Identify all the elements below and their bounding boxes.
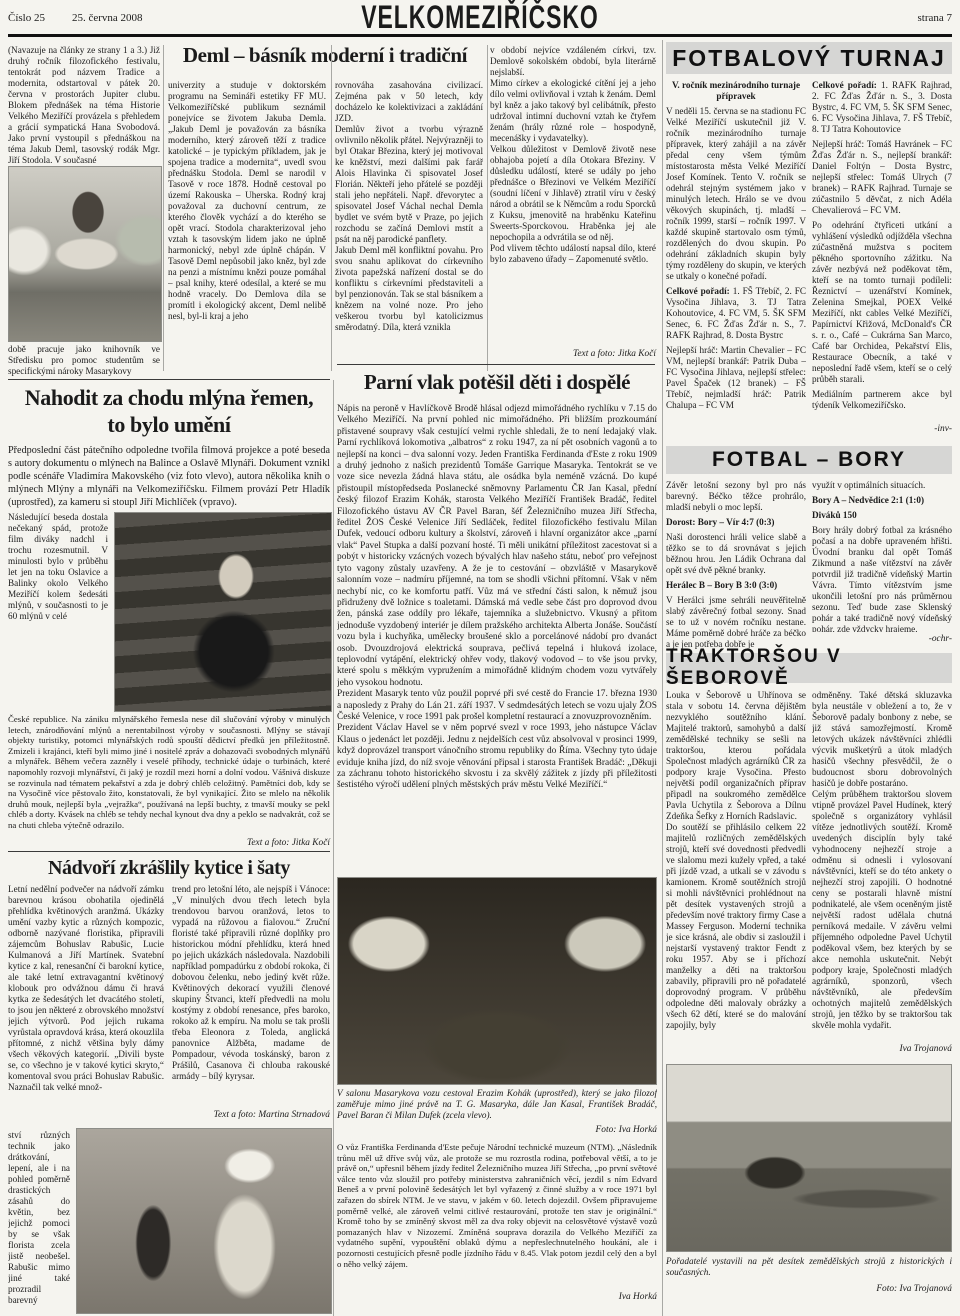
- tractor-photo: [666, 1064, 952, 1252]
- bory-paragraph: Závěr letošní sezony byl pro nás barevný…: [666, 480, 806, 513]
- column-divider: [163, 45, 164, 371]
- bory-column-1: Závěr letošní sezony byl pro nás barevný…: [666, 480, 806, 650]
- newspaper-page: Číslo 25 25. června 2008 VELKOMEZIŘÍČSKO…: [0, 0, 960, 1316]
- bory-paragraph: Naši dorostenci hráli velice slabě a těž…: [666, 532, 806, 576]
- section-header-football-bory: FOTBAL – BORY: [666, 446, 952, 474]
- train-headline: Parní vlak potěšil děti i dospělé: [337, 369, 657, 395]
- standings-label: Celkové pořadí:: [812, 80, 881, 90]
- courtyard-byline: Text a foto: Martina Strnadová: [172, 1110, 330, 1121]
- deml-headline: Deml – básník moderní i tradiční: [166, 42, 484, 68]
- column-divider: [331, 45, 332, 371]
- train-photo-credit: Foto: Iva Horká: [337, 1125, 657, 1136]
- issue-date: 25. června 2008: [72, 12, 143, 24]
- tournament-standings-younger: Celkové pořadí: 1. FŠ Třebíč, 2. FC Vyso…: [666, 286, 806, 341]
- mill-body: České republice. Na zániku mlynářského ř…: [8, 714, 330, 838]
- bory-match-dorost: Dorost: Bory – Vír 4:7 (0:3): [666, 517, 806, 528]
- section-divider: [337, 364, 655, 365]
- tournament-column-1: V. ročník mezinárodního turnaje příprave…: [666, 80, 806, 436]
- tournament-standings-older: Celkové pořadí: 1. RAFK Rajhrad, 2. FC Ž…: [812, 80, 952, 135]
- section-divider: [8, 379, 330, 380]
- train-body-1: Nápis na peroně v Havlíčkově Brodě hlása…: [337, 404, 657, 874]
- page-number: strana 7: [917, 12, 952, 24]
- speaker-photo: [8, 166, 162, 342]
- deml-column-2: rovnováha zasahována civilizací. Zejména…: [335, 80, 483, 370]
- tournament-awards-younger: Nejlepší hráč: Martin Chevalier – FC VM,…: [666, 345, 806, 411]
- tractor-photo-credit: Foto: Iva Trojanová: [666, 1284, 952, 1295]
- bory-paragraph: V Herálci jsme sehráli neuvěřitelně slab…: [666, 595, 806, 650]
- bory-paragraph: využít v optimálních situacích.: [812, 480, 952, 491]
- costume-photo: [76, 1128, 332, 1314]
- deml-lead-continuation: době pracuje jako knihovník ve Středisku…: [8, 344, 160, 378]
- tractor-column-1: Louka v Šeborově u Uhřínova se stala v s…: [666, 690, 806, 1058]
- train-photo: [337, 877, 657, 1085]
- tournament-column-2: Celkové pořadí: 1. RAFK Rajhrad, 2. FC Ž…: [812, 80, 952, 420]
- mill-wrap-column: Následující beseda dostala nečekaný spád…: [8, 512, 108, 710]
- section-divider-vertical: [333, 380, 334, 1316]
- mill-headline-line1: Nahodit za chodu mlýna řemen,: [8, 384, 330, 411]
- mill-intro: Předposlední část pátečního odpoledne tv…: [8, 444, 330, 510]
- section-divider-vertical: [662, 40, 663, 1316]
- courtyard-wrap-column: ství různých technik jako drátkování, le…: [8, 1130, 70, 1312]
- tractor-photo-caption: Pořadatelé vystavili na pět desítek země…: [666, 1256, 952, 1282]
- deml-column-3: v období nejvíce vzdáleném církvi, tzv. …: [490, 45, 656, 347]
- bory-attendance: Diváků 150: [812, 510, 952, 521]
- standings-label: Celkové pořadí:: [666, 286, 733, 296]
- tournament-media-partner: Mediálním partnerem akce byl týdeník Vel…: [812, 389, 952, 411]
- tournament-sign: -inv-: [812, 424, 952, 435]
- tournament-paragraph: V neděli 15. června se na stadionu FC Ve…: [666, 106, 806, 282]
- tractor-column-2: odměněny. Také dětská skluzavka byla neu…: [812, 690, 952, 1042]
- tournament-awards-older: Nejlepší hráč: Tomáš Havránek – FC Žďas …: [812, 139, 952, 216]
- deml-byline: Text a foto: Jitka Kočí: [490, 349, 656, 360]
- tournament-thanks: Po odehrání čtyřiceti utkání a vyhlášení…: [812, 220, 952, 385]
- bory-sign: -ochr-: [812, 634, 952, 645]
- masthead-title: VELKOMEZIŘÍČSKO: [342, 0, 618, 37]
- mill-headline-line2: to bylo umění: [8, 411, 330, 438]
- bory-paragraph: Bory hrály dobrý fotbal za krásného poča…: [812, 525, 952, 632]
- section-divider: [8, 851, 330, 852]
- courtyard-column-2: trend pro letošní léto, ale nejspíš i Vá…: [172, 884, 330, 1108]
- train-body-2: O vůz Františka Ferdinanda d'Este pečuje…: [337, 1142, 657, 1290]
- tournament-subhead: V. ročník mezinárodního turnaje příprave…: [666, 80, 806, 102]
- section-header-football-tournament: FOTBALOVÝ TURNAJ: [666, 42, 952, 74]
- courtyard-headline: Nádvoří zkrášlily kytice i šaty: [8, 856, 330, 880]
- bory-match-a: Bory A – Nedvědice 2:1 (1:0): [812, 495, 952, 506]
- bory-column-2: využít v optimálních situacích. Bory A –…: [812, 480, 952, 632]
- courtyard-column-1: Letní nedělní podvečer na nádvoří zámku …: [8, 884, 164, 1128]
- section-header-tractor-show: TRAKTORŠOU V ŠEBOROVĚ: [666, 653, 952, 683]
- deml-column-1: univerzity a studuje v doktorském progra…: [168, 80, 326, 372]
- train-photo-caption: V salonu Masarykova vozu cestoval Erazim…: [337, 1088, 657, 1124]
- cinema-photo: [114, 512, 332, 712]
- column-divider: [487, 45, 488, 371]
- bory-match-b: Herálec B – Bory B 3:0 (3:0): [666, 580, 806, 591]
- train-byline: Iva Horká: [337, 1292, 657, 1303]
- masthead-rule: [8, 34, 952, 37]
- mill-byline: Text a foto: Jitka Kočí: [8, 838, 330, 849]
- tractor-byline: Iva Trojanová: [812, 1044, 952, 1055]
- deml-lead-column: (Navazuje na články ze strany 1 a 3.) Ji…: [8, 45, 160, 163]
- issue-number: Číslo 25: [8, 12, 45, 24]
